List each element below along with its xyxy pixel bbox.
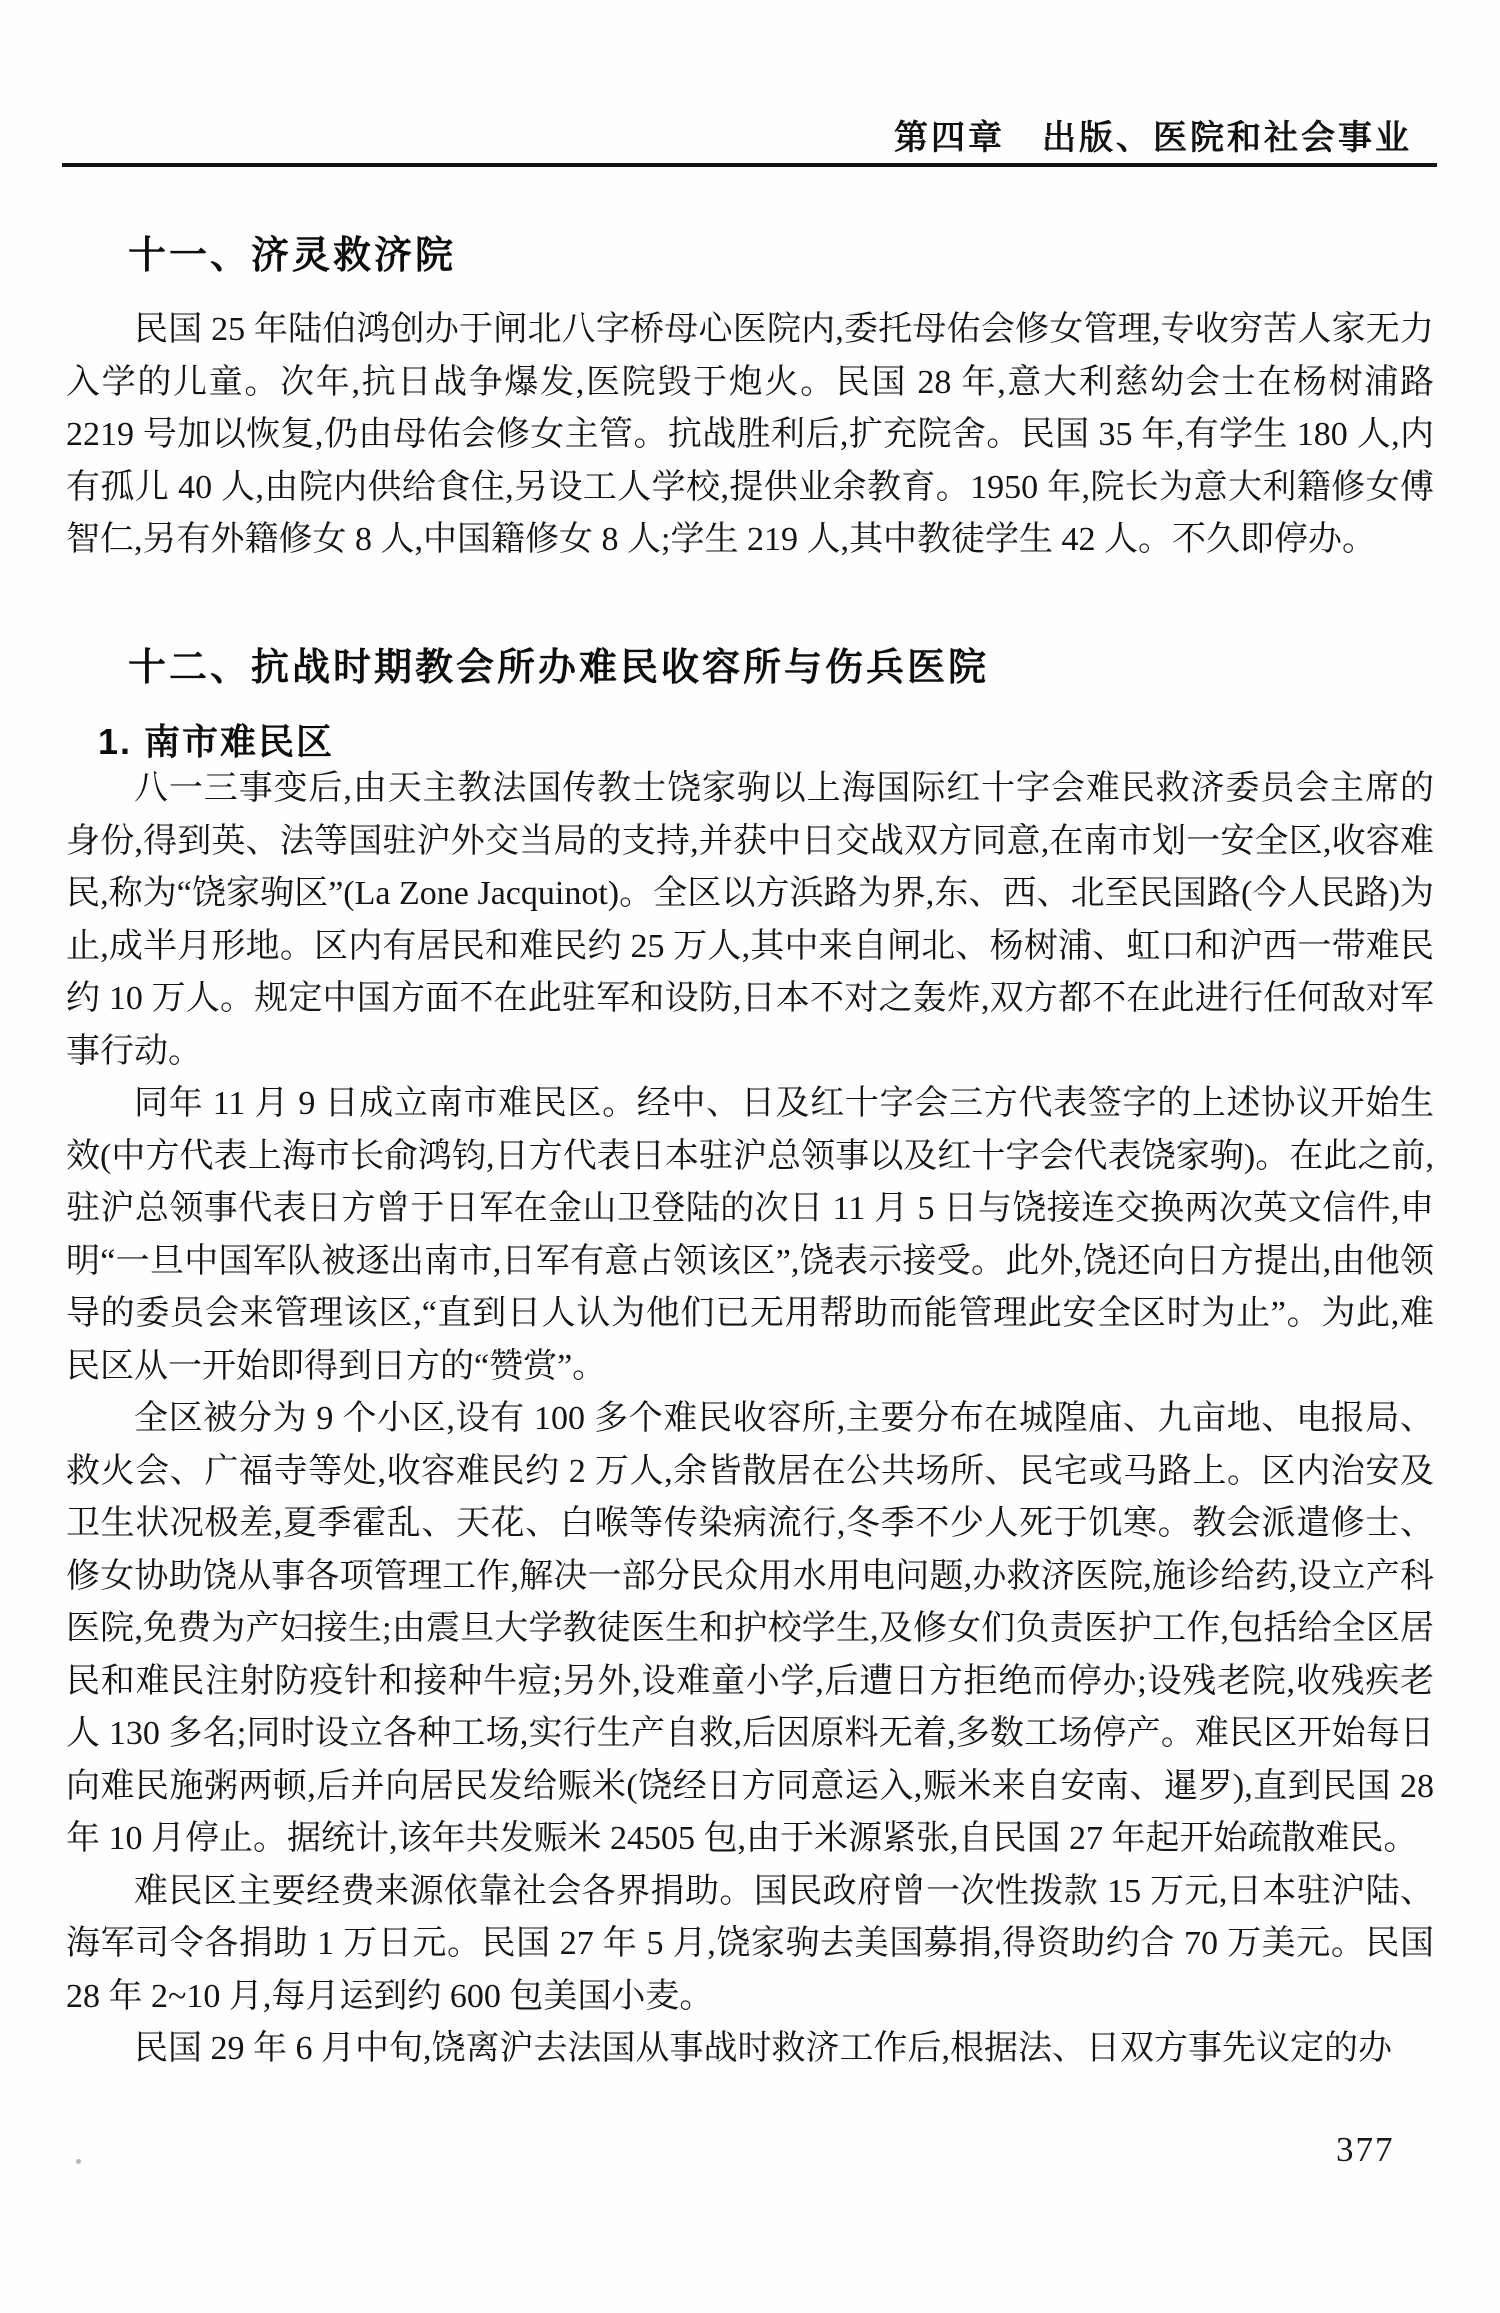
page-number: 377 — [1336, 2130, 1395, 2170]
section-12-title: 十二、抗战时期教会所办难民收容所与伤兵医院 — [128, 636, 989, 691]
section-11-title: 十一、济灵救济院 — [128, 224, 456, 279]
paragraph: 八一三事变后,由天主教法国传教士饶家驹以上海国际红十字会难民救济委员会主席的身份… — [66, 763, 1434, 1078]
paragraph: 全区被分为 9 个小区,设有 100 多个难民收容所,主要分布在城隍庙、九亩地、… — [66, 1393, 1434, 1866]
paragraph: 民国 29 年 6 月中旬,饶离沪去法国从事战时救济工作后,根据法、日双方事先议… — [66, 2023, 1434, 2076]
section-11-body: 民国 25 年陆伯鸿创办于闸北八字桥母心医院内,委托母佑会修女管理,专收穷苦人家… — [66, 304, 1434, 567]
running-header-chapter-title: 第四章 出版、医院和社会事业 — [894, 110, 1412, 159]
subsection-1-body: 八一三事变后,由天主教法国传教士饶家驹以上海国际红十字会难民救济委员会主席的身份… — [66, 763, 1434, 2076]
header-rule — [62, 163, 1437, 167]
scan-artifact-dot — [76, 2159, 81, 2164]
subsection-1-title: 1. 南市难民区 — [98, 714, 334, 765]
paragraph: 民国 25 年陆伯鸿创办于闸北八字桥母心医院内,委托母佑会修女管理,专收穷苦人家… — [66, 304, 1434, 567]
book-page: 第四章 出版、医院和社会事业 十一、济灵救济院 民国 25 年陆伯鸿创办于闸北八… — [0, 0, 1500, 2313]
paragraph: 同年 11 月 9 日成立南市难民区。经中、日及红十字会三方代表签字的上述协议开… — [66, 1078, 1434, 1393]
paragraph: 难民区主要经费来源依靠社会各界捐助。国民政府曾一次性拨款 15 万元,日本驻沪陆… — [66, 1866, 1434, 2024]
